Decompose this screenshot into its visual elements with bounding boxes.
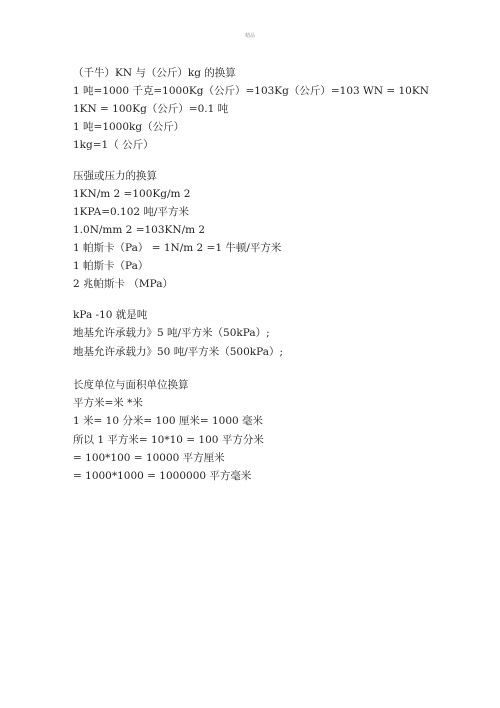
text-line: 1KPA=0.102 吨/平方米 [73,205,189,219]
text-line: 所以 1 平方米= 10*10 = 100 平方分米 [73,433,264,447]
text-line: = 100*100 = 10000 平方厘米 [73,451,225,465]
text-line: 1KN/m 2 =100Kg/m 2 [73,187,190,201]
text-line: 地基允许承载力》5 吨/平方米（50kPa）; [73,326,270,340]
text-line: 1 帕斯卡（Pa） [73,259,148,273]
text-line: 1 帕斯卡（Pa） = 1N/m 2 =1 牛顿/平方米 [73,241,281,255]
section-heading: （千牛）KN 与（公斤）kg 的换算 [73,66,236,80]
section-heading: 长度单位与面积单位换算 [73,378,189,392]
text-line: = 1000*1000 = 1000000 平方毫米 [73,469,251,483]
text-line: 地基允许承载力》50 吨/平方米（500kPa）; [73,345,283,359]
text-line: 平方米=米 *米 [73,396,143,410]
text-line: 1 米= 10 分米= 100 厘米= 1000 毫米 [73,414,263,428]
text-line: 1KN = 100Kg（公斤）=0.1 吨 [73,102,228,116]
text-line: kPa -10 就是吨 [73,308,147,322]
text-line: 2 兆帕斯卡 （MPa） [73,277,173,291]
text-line: 1.0N/mm 2 =103KN/m 2 [73,223,205,237]
text-line: 1kg=1（ 公斤） [73,138,154,152]
text-line: 1 吨=1000 千克=1000Kg（公斤）=103Kg（公斤）=103 WN … [73,84,429,98]
page-header-mark: 精品 [0,33,500,39]
section-heading: 压强或压力的换算 [73,169,157,183]
text-line: 1 吨=1000kg（公斤） [73,120,184,134]
